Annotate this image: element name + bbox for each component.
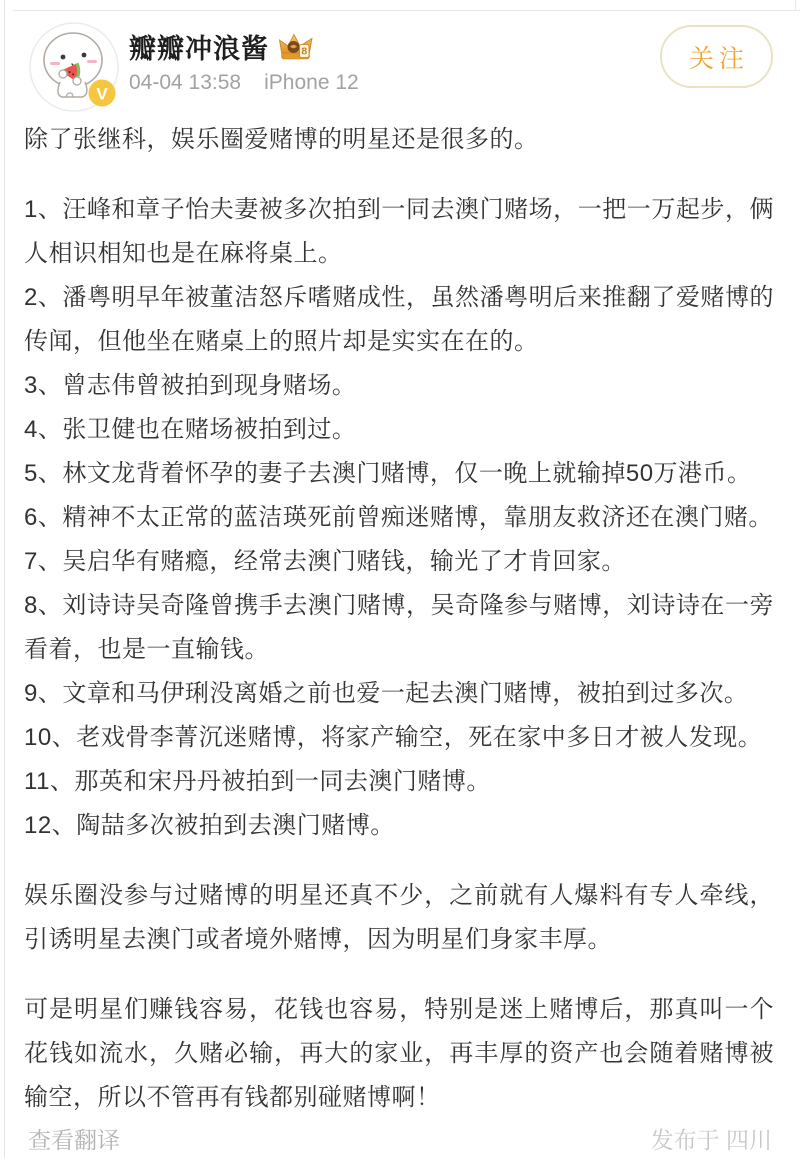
post-paragraph: 7、吴启华有赌瘾，经常去澳门赌钱，输光了才肯回家。 <box>24 540 774 584</box>
top-hairline <box>13 10 800 11</box>
verified-badge-icon: V <box>89 80 116 107</box>
post-paragraph: 6、精神不太正常的蓝洁瑛死前曾痴迷赌博，靠朋友救济还在澳门赌。 <box>24 496 774 540</box>
post-paragraph: 12、陶喆多次被拍到去澳门赌博。 <box>24 804 774 848</box>
post-location: 发布于 四川 <box>651 1122 772 1155</box>
svg-text:8: 8 <box>301 46 307 58</box>
post-paragraph: 可是明星们赚钱容易，花钱也容易，特别是迷上赌博后，那真叫一个花钱如流水，久赌必输… <box>24 988 774 1120</box>
username-row: 瓣瓣冲浪酱 8 <box>129 27 314 66</box>
avatar-image: V <box>29 22 119 112</box>
post-paragraph: 10、老戏骨李菁沉迷赌博，将家产输空，死在家中多日才被人发现。 <box>24 716 774 760</box>
post-paragraph: 11、那英和宋丹丹被拍到一同去澳门赌博。 <box>24 760 774 804</box>
avatar[interactable]: V <box>29 22 119 112</box>
post-body: 除了张继科，娱乐圈爱赌博的明星还是很多的。 1、汪峰和章子怡夫妻被多次拍到一同去… <box>24 118 774 1120</box>
post-paragraph: 2、潘粤明早年被董洁怒斥嗜赌成性，虽然潘粤明后来推翻了爱赌博的传闻，但他坐在赌桌… <box>24 276 774 364</box>
post-paragraph: 8、刘诗诗吴奇隆曾携手去澳门赌博，吴奇隆参与赌博，刘诗诗在一旁看着，也是一直输钱… <box>24 584 774 672</box>
post-paragraph: 4、张卫健也在赌场被拍到过。 <box>24 408 774 452</box>
post-paragraph: 除了张继科，娱乐圈爱赌博的明星还是很多的。 <box>24 118 774 162</box>
post-paragraph: 9、文章和马伊琍没离婚之前也爱一起去澳门赌博，被拍到过多次。 <box>24 672 774 716</box>
post-footer: 查看翻译 发布于 四川 <box>28 1122 772 1155</box>
post-meta: 04-04 13:58 iPhone 12 <box>129 71 359 95</box>
left-hairline <box>4 0 5 1158</box>
translate-link[interactable]: 查看翻译 <box>28 1122 120 1155</box>
vip-crown-icon[interactable]: 8 <box>278 32 314 61</box>
follow-button[interactable]: 关注 <box>660 25 773 88</box>
post-paragraph: 5、林文龙背着怀孕的妻子去澳门赌博，仅一晚上就输掉50万港币。 <box>24 452 774 496</box>
post-paragraph: 3、曾志伟曾被拍到现身赌场。 <box>24 364 774 408</box>
top-right-hairline <box>795 0 796 10</box>
device-source: iPhone 12 <box>264 71 359 95</box>
username[interactable]: 瓣瓣冲浪酱 <box>129 27 269 66</box>
timestamp: 04-04 13:58 <box>129 71 241 95</box>
post-paragraph: 1、汪峰和章子怡夫妻被多次拍到一同去澳门赌场，一把一万起步，俩人相识相知也是在麻… <box>24 188 774 276</box>
weibo-post-card: V 瓣瓣冲浪酱 8 04-04 1 <box>0 0 800 1158</box>
post-paragraph: 娱乐圈没参与过赌博的明星还真不少，之前就有人爆料有专人牵线，引诱明星去澳门或者境… <box>24 874 774 962</box>
svg-text:V: V <box>96 85 108 104</box>
